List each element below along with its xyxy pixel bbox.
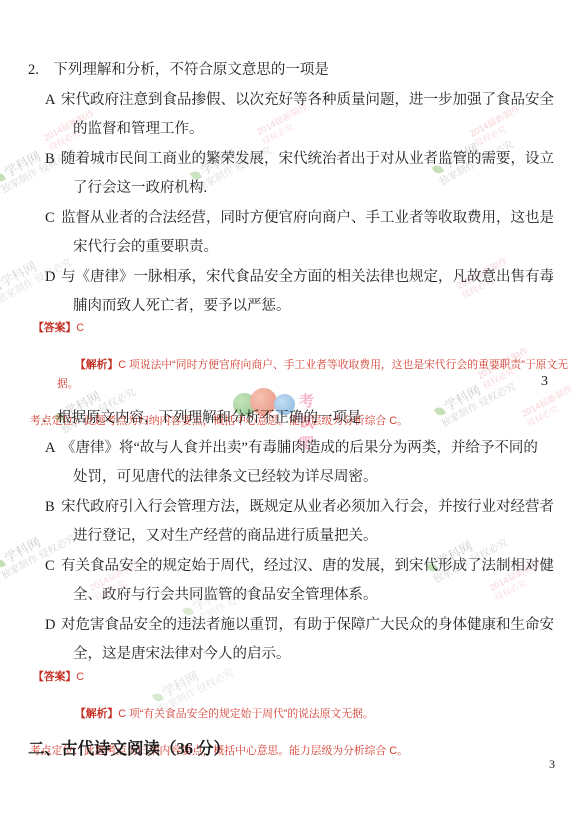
analysis-label: 【解析】: [75, 359, 118, 371]
option-label: C: [45, 204, 61, 263]
question-3-option-a: A 《唐律》将“故与人食并出卖”有毒脯肉造成的后果分为两类，并给予不同的 处罚，…: [28, 434, 572, 493]
option-label: D: [45, 611, 61, 670]
option-text: 监督从业者的合法经营，同时方便官府向商户、手工业者等收取费用，这也是 宋代行会的…: [61, 204, 572, 263]
question-3-option-d: D 对危害食品安全的违法者施以重罚，有助于保障广大民众的身体健康和生命安 全，这…: [28, 611, 572, 670]
option-label: D: [45, 263, 61, 322]
option-label: B: [45, 493, 61, 552]
analysis-line: 【解析】C 项说法中“同时方便官府向商户、手工业者等收取费用，这也是宋代行会的重…: [33, 338, 570, 412]
answer-label: 【答案】: [33, 322, 76, 334]
analysis-text: C 项说法中“同时方便官府向商户、手工业者等收取费用，这也是宋代行会的重要职责”…: [57, 359, 568, 390]
question-3: ．根据原文内容，下列理解和分析不正确的一项是 A 《唐律》将“故与人食并出卖”有…: [28, 404, 572, 670]
document-page: 学科网独家制作 侵权必究学科网独家制作 侵权必究学科网独家制作 侵权必究学科网独…: [0, 0, 580, 820]
option-label: C: [45, 552, 61, 611]
question-2-option-b: B 随着城市民间工商业的繁荣发展，宋代统治者出于对从业者监管的需要，设立 了行会…: [28, 145, 572, 204]
question-2-option-d: D 与《唐律》一脉相承，宋代食品安全方面的相关法律也规定，凡故意出售有毒 脯肉而…: [28, 263, 572, 322]
option-label: A: [45, 86, 61, 145]
question-3-number: 3: [541, 374, 548, 390]
analysis-text: C 项“有关食品安全的规定始于周代”的说法原文无据。: [118, 708, 374, 720]
option-text: 与《唐律》一脉相承，宋代食品安全方面的相关法律也规定，凡故意出售有毒 脯肉而致人…: [61, 263, 572, 322]
option-text: 对危害食品安全的违法者施以重罚，有助于保障广大民众的身体健康和生命安 全，这是唐…: [61, 611, 572, 670]
option-text: 随着城市民间工商业的繁荣发展，宋代统治者出于对从业者监管的需要，设立 了行会这一…: [61, 145, 572, 204]
page-number: 3: [549, 757, 555, 772]
analysis-line: 【解析】C 项“有关食品安全的规定始于周代”的说法原文无据。: [33, 687, 570, 743]
answer-label: 【答案】: [33, 671, 76, 683]
question-2-stem: 2. 下列理解和分析，不符合原文意思的一项是: [28, 56, 572, 86]
leaf-icon: [0, 171, 6, 183]
answer-value: C: [76, 322, 84, 334]
option-text: 宋代政府注意到食品掺假、以次充好等各种质量问题，进一步加强了食品安全 的监督和管…: [61, 86, 572, 145]
answer-value: C: [76, 671, 84, 683]
option-text: 《唐律》将“故与人食并出卖”有毒脯肉造成的后果分为两类，并给予不同的 处罚，可见…: [61, 434, 572, 493]
question-3-stem: ．根据原文内容，下列理解和分析不正确的一项是: [28, 404, 572, 434]
leaf-icon: [0, 557, 6, 569]
question-3-option-b: B 宋代政府引入行会管理方法，既规定从业者必须加入行会，并按行业对经营者 进行登…: [28, 493, 572, 552]
option-text: 有关食品安全的规定始于周代，经过汉、唐的发展，到宋代形成了法制相对健 全、政府与…: [61, 552, 572, 611]
option-label: A: [45, 434, 61, 493]
question-3-option-c: C 有关食品安全的规定始于周代，经过汉、唐的发展，到宋代形成了法制相对健 全、政…: [28, 552, 572, 611]
option-label: B: [45, 145, 61, 204]
question-2-option-a: A 宋代政府注意到食品掺假、以次充好等各种质量问题，进一步加强了食品安全 的监督…: [28, 86, 572, 145]
answer-line: 【答案】C: [33, 668, 570, 687]
answer-line: 【答案】C: [33, 319, 570, 338]
section-heading: 二、古代诗文阅读（36 分）: [28, 735, 230, 759]
question-2-option-c: C 监督从业者的合法经营，同时方便官府向商户、手工业者等收取费用，这也是 宋代行…: [28, 204, 572, 263]
question-2: 2. 下列理解和分析，不符合原文意思的一项是 A 宋代政府注意到食品掺假、以次充…: [28, 56, 572, 322]
analysis-label: 【解析】: [75, 708, 118, 720]
leaf-icon: [0, 281, 2, 293]
option-text: 宋代政府引入行会管理方法，既规定从业者必须加入行会，并按行业对经营者 进行登记，…: [61, 493, 572, 552]
